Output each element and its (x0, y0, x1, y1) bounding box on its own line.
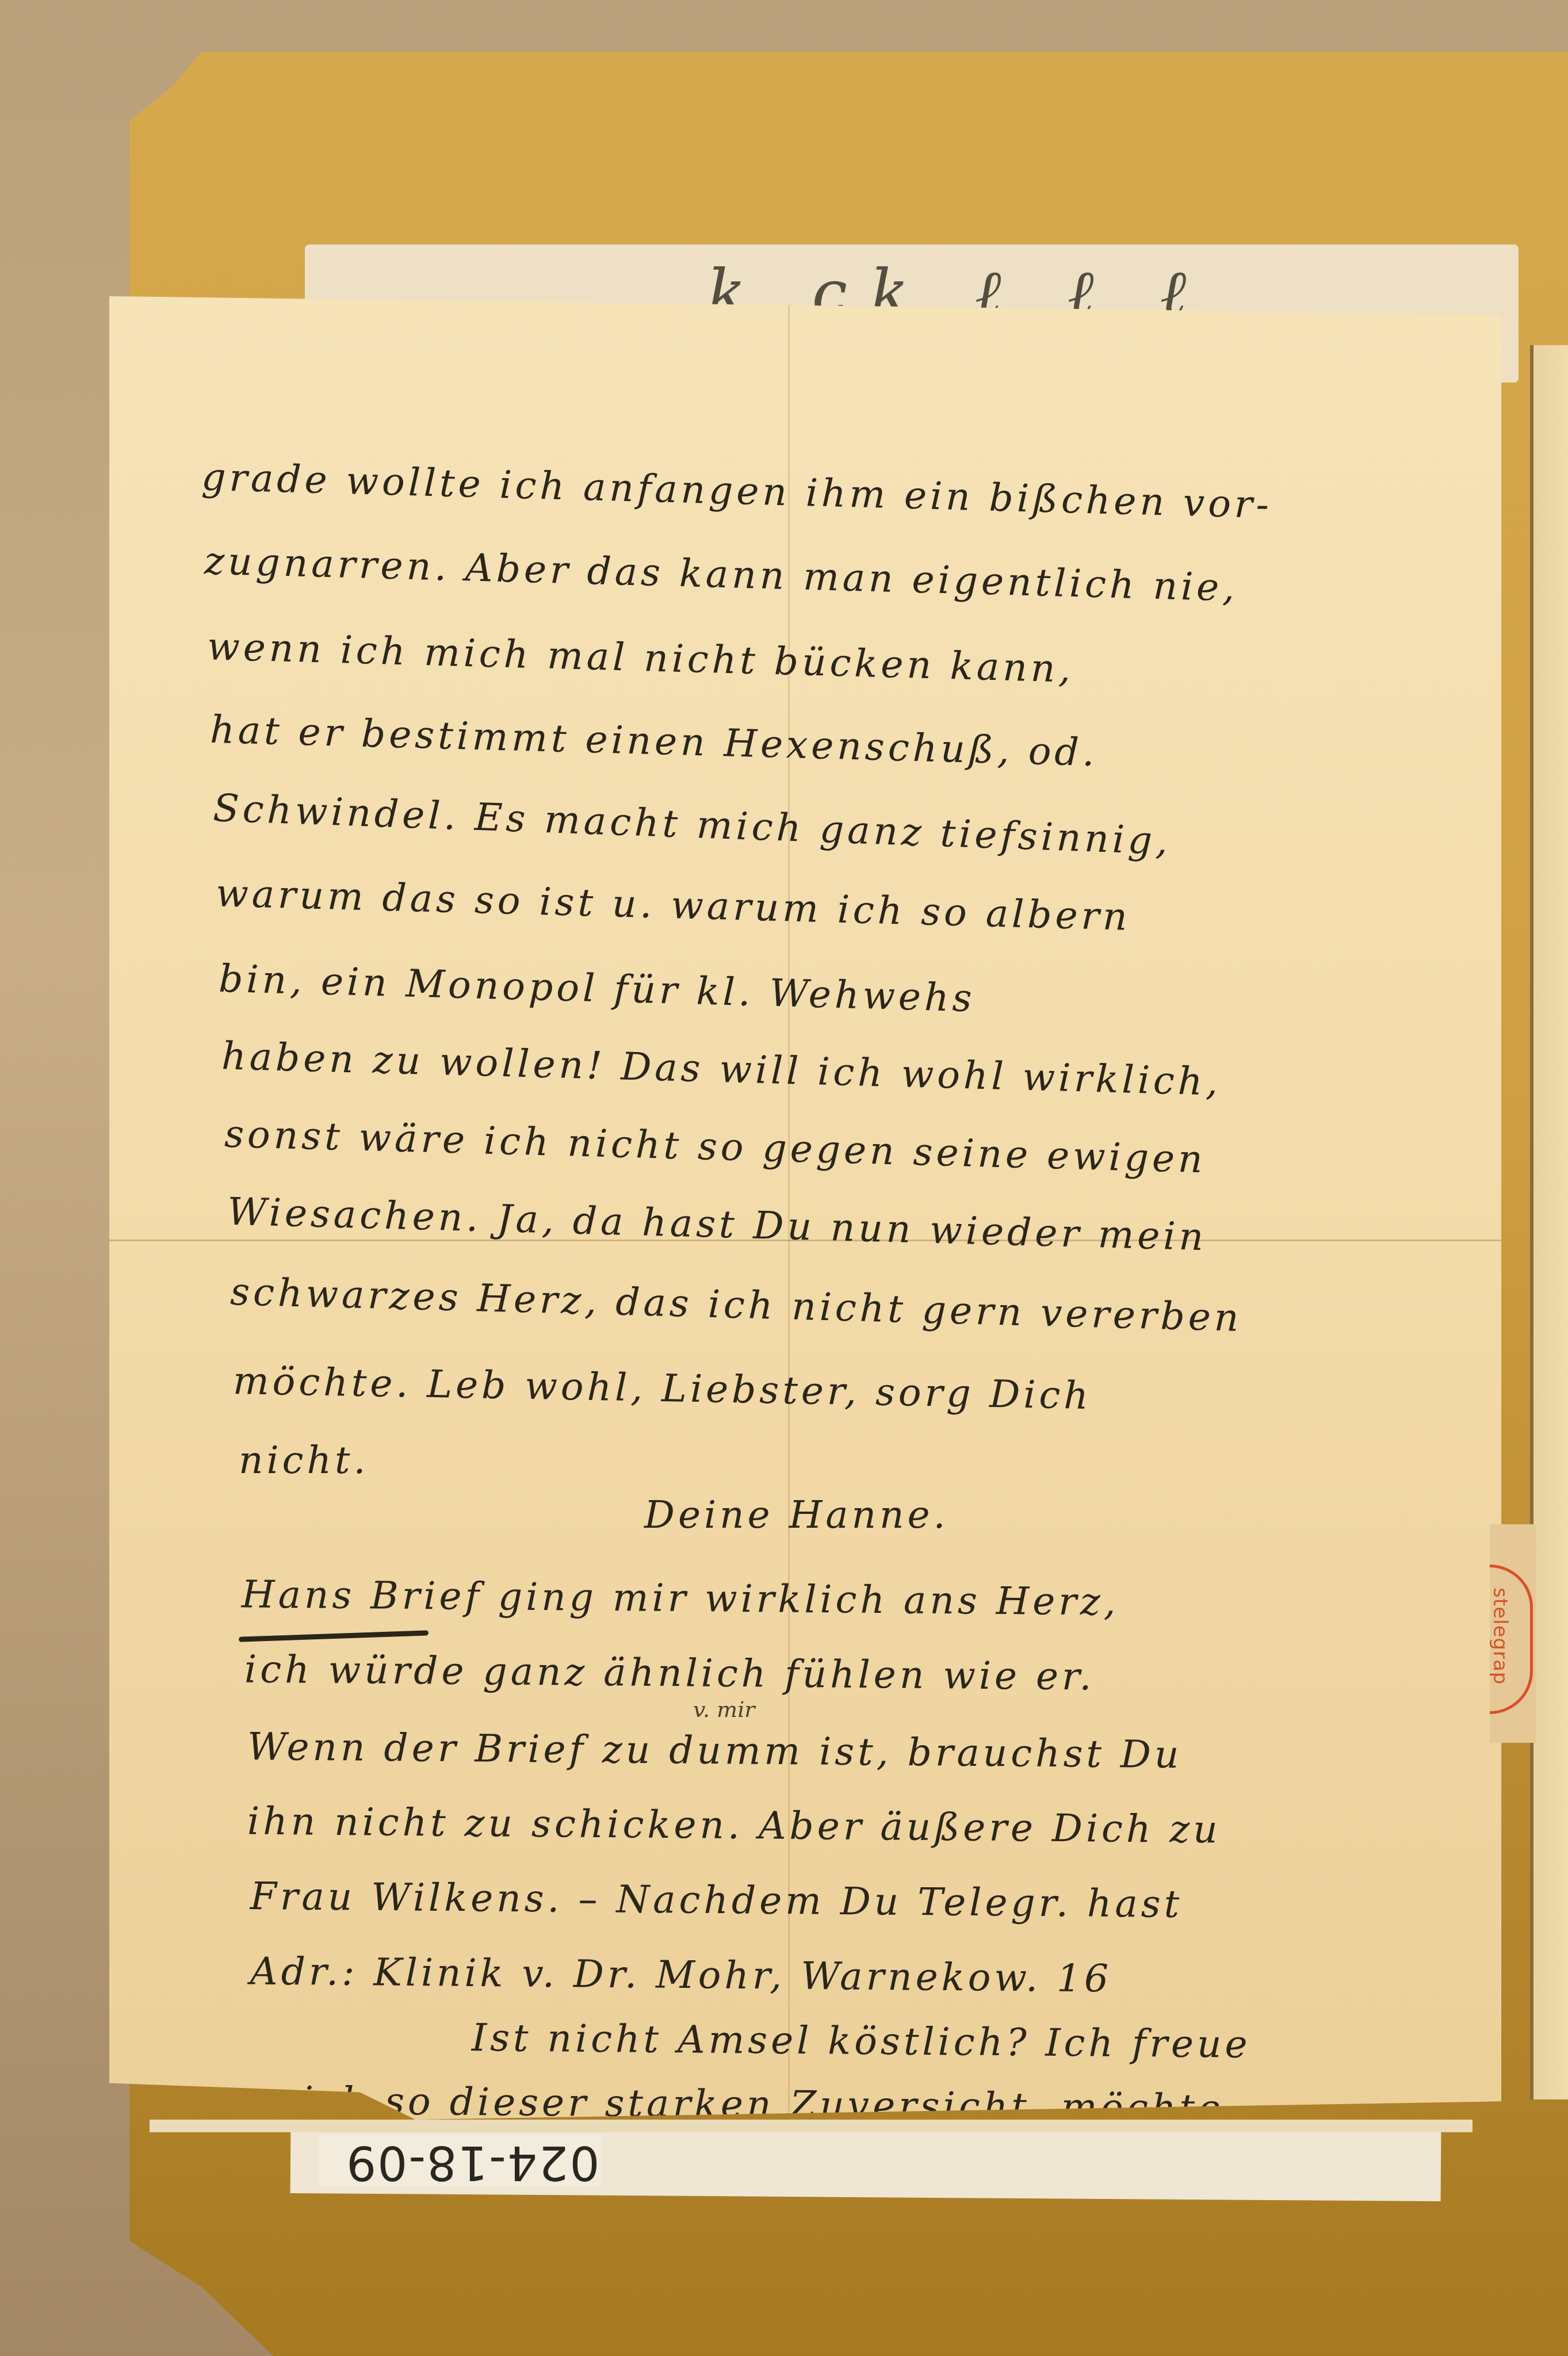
letter-line: hat er bestimmt einen Hexenschuß, od. (209, 707, 1098, 775)
letter-line: schwarzes Herz, das ich nicht gern verer… (230, 1269, 1242, 1340)
postscript-line: Frau Wilkens. – Nachdem Du Telegr. hast (250, 1874, 1183, 1926)
postscript-line: Hans Brief ging mir wirklich ans Herz, (242, 1572, 1119, 1624)
underline-mark (239, 1630, 429, 1642)
letter-line: Schwindel. Es macht mich ganz tiefsinnig… (212, 786, 1172, 863)
letter-line: haben zu wollen! Das will ich wohl wirkl… (221, 1034, 1222, 1104)
letter-line: wenn ich mich mal nicht bücken kann, (206, 624, 1074, 691)
letter-line: Wiesachen. Ja, da hast Du nun wieder mei… (227, 1190, 1207, 1260)
letter-line: bin, ein Monopol für kl. Wehwehs (218, 957, 976, 1020)
postscript-line: ihn nicht zu schicken. Aber äußere Dich … (247, 1799, 1221, 1852)
signature: Deine Hanne. (644, 1493, 949, 1537)
letter-line: nicht. (239, 1438, 369, 1482)
letter-line: möchte. Leb wohl, Liebster, sorg Dich (232, 1359, 1092, 1418)
inserted-correction: v. mir (693, 1697, 755, 1722)
paper-stack-edge (150, 2120, 1473, 2132)
adjacent-sheet-right (1530, 345, 1568, 2099)
letter-line: grade wollte ich anfangen ihm ein bißche… (201, 455, 1272, 527)
archive-number: 024-18-09 (345, 2135, 599, 2190)
letter-line: sonst wäre ich nicht so gegen seine ewig… (224, 1112, 1206, 1182)
postscript-line: Wenn der Brief zu dumm ist, brauchst Du (247, 1724, 1183, 1777)
stamp-text: stelegrap (1489, 1588, 1512, 1685)
postscript-line: Adr.: Klinik v. Dr. Mohr, Warnekow. 16 (250, 1949, 1112, 2001)
letter-line: warum das so ist u. warum ich so albern (215, 871, 1131, 939)
letter-page: grade wollte ich anfangen ihm ein bißche… (109, 296, 1501, 2120)
postscript-line: ich würde ganz ähnlich fühlen wie er. (244, 1647, 1095, 1699)
letter-line: zugnarren. Aber das kann man eigentlich … (204, 538, 1238, 610)
postscript-line: Ist nicht Amsel köstlich? Ich freue (472, 2015, 1251, 2067)
